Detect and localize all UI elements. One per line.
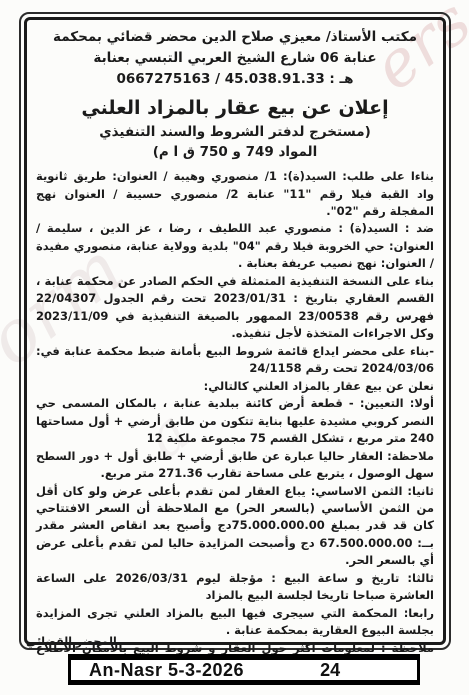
office-name-line: مكتب الأستاذ/ معيزي صلاح الدين محضر قضائ… bbox=[36, 27, 434, 48]
document-inner-frame: مكتب الأستاذ/ معيزي صلاح الدين محضر قضائ… bbox=[24, 17, 446, 645]
document-border-frame: مكتب الأستاذ/ معيزي صلاح الدين محضر قضائ… bbox=[19, 12, 451, 650]
subtitle-line-1: (مستخرج لدفتر الشروط والسند التنفيذي bbox=[36, 122, 434, 142]
paragraph-third-sale-date: ثالثا: تاريخ و ساعة البيع : مؤجلة ليوم 2… bbox=[36, 570, 434, 605]
scanned-auction-announcement: ers orm a مكتب الأستاذ/ معيزي صلاح الدين… bbox=[0, 0, 469, 695]
office-phone-line: هـ : 45.038.91.33 / 0667275163 bbox=[36, 69, 434, 90]
office-header: مكتب الأستاذ/ معيزي صلاح الدين محضر قضائ… bbox=[36, 27, 434, 90]
paragraph-sale-declaration: نعلن عن بيع عقار بالمزاد العلني كالتالي: bbox=[36, 378, 434, 395]
newspaper-name-date: An-Nasr 5-3-2026 bbox=[89, 660, 244, 681]
announcement-subtitle: (مستخرج لدفتر الشروط والسند التنفيذي الم… bbox=[36, 122, 434, 163]
office-address-line: عنابة 06 شارع الشيخ العربي التبسي بعنابة bbox=[36, 48, 434, 69]
paragraph-deposit-report: -بناء على محضر ايداع قائمة شروط البيع بأ… bbox=[36, 343, 434, 378]
paragraph-against: ضد : السيد(ة) : منصوري عبد اللطيف ، رضا … bbox=[36, 220, 434, 272]
newspaper-footer-bar: An-Nasr 5-3-2026 24 bbox=[68, 654, 420, 685]
paragraph-first-designation: أولا: التعيين: - قطعة أرض كائنة ببلدية ع… bbox=[36, 395, 434, 447]
announcement-body: بناءا على طلب: السيد(ة): 1/ منصوري وهيبة… bbox=[36, 168, 434, 675]
paragraph-request-of: بناءا على طلب: السيد(ة): 1/ منصوري وهيبة… bbox=[36, 168, 434, 220]
paragraph-remark-property: ملاحظة: العقار حاليا عبارة عن طابق أرضي … bbox=[36, 448, 434, 483]
paragraph-executive-copy: بناء على النسخة التنفيذية المتمثلة في ال… bbox=[36, 273, 434, 343]
bailiff-signature: المحضر القضائي bbox=[26, 635, 117, 648]
paragraph-second-base-price: ثانيا: الثمن الاساسي: يباع العقار لمن تق… bbox=[36, 483, 434, 570]
announcement-title: إعلان عن بيع عقار بالمزاد العلني bbox=[36, 97, 434, 120]
page-number: 24 bbox=[320, 660, 340, 681]
subtitle-line-2: المواد 749 و 750 ق ا م) bbox=[36, 142, 434, 162]
